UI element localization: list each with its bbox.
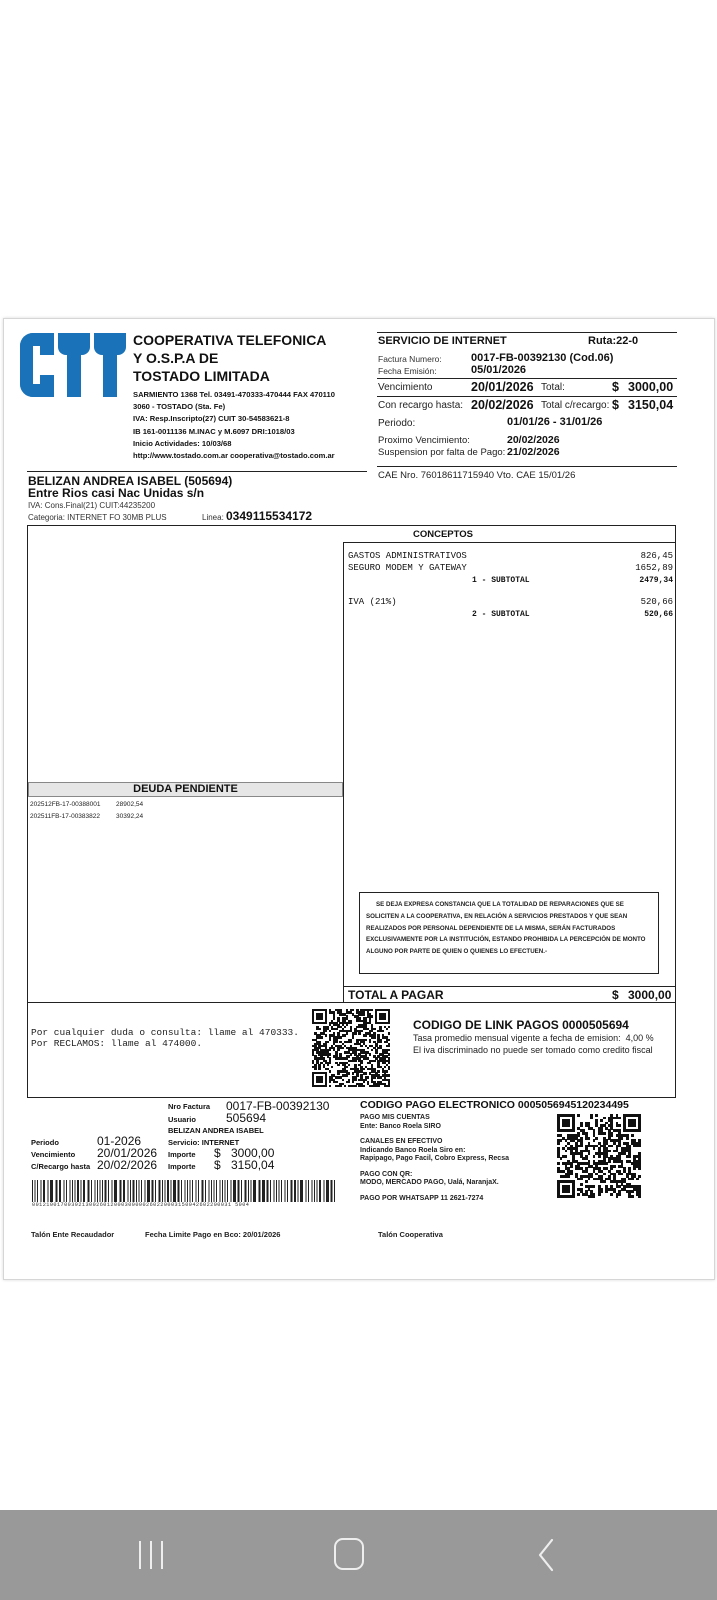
concepto-label: IVA (21%) bbox=[348, 597, 397, 609]
total-currency: $ bbox=[612, 380, 619, 394]
company-ib: IB 161-0011136 M.INAC y M.6097 DRI:1018/… bbox=[133, 426, 335, 438]
total-a-pagar-currency: $ bbox=[612, 988, 619, 1002]
repair-notice: SE DEJA EXPRESA CONSTANCIA QUE LA TOTALI… bbox=[359, 892, 659, 974]
proximo-label: Proximo Vencimiento: bbox=[378, 435, 470, 446]
concepto-value: 1652,89 bbox=[635, 563, 673, 575]
talon-recargo: 20/02/2026 bbox=[97, 1158, 157, 1172]
company-name: COOPERATIVA TELEFONICA Y O.S.P.A DE TOST… bbox=[133, 331, 326, 385]
efectivo-line: Indicando Banco Roela Siro en: bbox=[360, 1147, 509, 1156]
company-inicio: Inicio Actividades: 10/03/68 bbox=[133, 438, 335, 450]
qr-providers: MODO, MERCADO PAGO, Ualá, NaranjaX. bbox=[360, 1179, 509, 1188]
concepto-label: SEGURO MODEM Y GATEWAY bbox=[348, 563, 467, 575]
talon-name: BELIZAN ANDREA ISABEL bbox=[168, 1126, 264, 1135]
subtotal-label: 2 - SUBTOTAL bbox=[348, 609, 530, 621]
back-icon[interactable] bbox=[535, 1538, 557, 1572]
talon-importe-label: Importe bbox=[168, 1150, 196, 1159]
contact-info: Por cualquier duda o consulta: llame al … bbox=[31, 1027, 299, 1049]
deuda-list: 202512FB-17-0038800128902,54 202511FB-17… bbox=[30, 799, 143, 823]
concepto-value: 520,66 bbox=[641, 597, 673, 609]
notice-text: SE DEJA EXPRESA CONSTANCIA QUE LA TOTALI… bbox=[366, 901, 645, 955]
suspension-label: Suspension por falta de Pago: bbox=[378, 447, 505, 458]
concepto-row: SEGURO MODEM Y GATEWAY 1652,89 bbox=[348, 563, 673, 575]
talon-usuario: 505694 bbox=[226, 1111, 266, 1125]
deuda-amount: 28902,54 bbox=[116, 801, 143, 808]
talon-cooperativa-label: Talón Cooperativa bbox=[378, 1230, 443, 1239]
talon-nro-factura-label: Nro Factura bbox=[168, 1102, 210, 1111]
efectivo-channels: Rapipago, Pago Facil, Cobro Express, Rec… bbox=[360, 1155, 509, 1164]
company-iva: IVA: Resp.Inscripto(27) CUIT 30-54583621… bbox=[133, 413, 335, 425]
whatsapp-payment[interactable]: PAGO POR WHATSAPP 11 2621-7274 bbox=[360, 1195, 509, 1204]
talon-importe2: 3150,04 bbox=[231, 1158, 274, 1172]
deuda-ref: 202511FB-17-00383822 bbox=[30, 811, 116, 823]
tasa-value: 4,00 % bbox=[626, 1033, 654, 1043]
factura-number: 0017-FB-00392130 (Cod.06) bbox=[471, 352, 613, 364]
recent-apps-icon[interactable] bbox=[136, 1539, 166, 1571]
talon-importe2-currency: $ bbox=[214, 1158, 221, 1172]
customer-iva: IVA: Cons.Final(21) CUIT:44235200 bbox=[28, 501, 155, 510]
company-logo bbox=[20, 333, 120, 397]
iva-note: El iva discriminado no puede ser tomado … bbox=[413, 1045, 653, 1055]
linea-number: 0349115534172 bbox=[226, 509, 312, 523]
total-a-pagar-amount: 3000,00 bbox=[628, 988, 671, 1002]
concepto-label: GASTOS ADMINISTRATIVOS bbox=[348, 551, 467, 563]
total-recargo-amount: 3150,04 bbox=[628, 398, 673, 412]
codigo-pago-electronico: CODIGO PAGO ELECTRONICO 0005056945120234… bbox=[360, 1099, 629, 1111]
efectivo-title: CANALES EN EFECTIVO bbox=[360, 1138, 509, 1147]
home-icon[interactable] bbox=[334, 1538, 364, 1570]
total-recargo-currency: $ bbox=[612, 398, 619, 412]
service-title: SERVICIO DE INTERNET bbox=[378, 335, 507, 347]
customer-categoria: Categoria: INTERNET FO 30MB PLUS bbox=[28, 513, 167, 522]
subtotal-row: 1 - SUBTOTAL 2479,34 bbox=[348, 575, 673, 587]
talon-recargo-label: C/Recargo hasta bbox=[31, 1162, 90, 1171]
deuda-row: 202512FB-17-0038800128902,54 bbox=[30, 799, 143, 811]
deuda-row: 202511FB-17-0038382230392,24 bbox=[30, 811, 143, 823]
deuda-ref: 202512FB-17-00388001 bbox=[30, 799, 116, 811]
tasa-info: Tasa promedio mensual vigente a fecha de… bbox=[413, 1033, 654, 1043]
concepto-row: GASTOS ADMINISTRATIVOS 826,45 bbox=[348, 551, 673, 563]
barcode-number: 0012100170039213002601200030000026022000… bbox=[32, 1202, 338, 1208]
company-web-email[interactable]: http://www.tostado.com.ar cooperativa@to… bbox=[133, 450, 335, 462]
fecha-limite: Fecha Limite Pago en Bco: 20/01/2026 bbox=[145, 1230, 280, 1239]
company-name-line: Y O.S.P.A DE bbox=[133, 349, 326, 367]
emision-date: 05/01/2026 bbox=[471, 364, 526, 376]
suspension-date: 21/02/2026 bbox=[507, 446, 560, 458]
concepto-value: 826,45 bbox=[641, 551, 673, 563]
company-address: SARMIENTO 1368 Tel. 03491-470333-470444 … bbox=[133, 389, 335, 401]
concepto-row: IVA (21%) 520,66 bbox=[348, 597, 673, 609]
talon-usuario-label: Usuario bbox=[168, 1115, 196, 1124]
link-pagos-code: CODIGO DE LINK PAGOS 0000505694 bbox=[413, 1018, 629, 1032]
cae-info: CAE Nro. 76018611715940 Vto. CAE 15/01/2… bbox=[378, 470, 575, 481]
conceptos-title: CONCEPTOS bbox=[343, 529, 543, 540]
company-name-line: COOPERATIVA TELEFONICA bbox=[133, 331, 326, 349]
company-details: SARMIENTO 1368 Tel. 03491-470333-470444 … bbox=[133, 389, 335, 462]
navigation-bar bbox=[0, 1510, 717, 1600]
total-recargo-label: Total c/recargo: bbox=[541, 400, 609, 411]
payment-channels: PAGO MIS CUENTAS Ente: Banco Roela SIRO … bbox=[360, 1114, 509, 1203]
talon-servicio: Servicio: INTERNET bbox=[168, 1138, 239, 1147]
talon-ente-label: Talón Ente Recaudador bbox=[31, 1230, 114, 1239]
pmc-title: PAGO MIS CUENTAS bbox=[360, 1114, 509, 1123]
reclamos-line: Por RECLAMOS: llame al 474000. bbox=[31, 1038, 299, 1049]
talon-importe2-label: Importe bbox=[168, 1162, 196, 1171]
customer-address: Entre Rios casi Nac Unidas s/n bbox=[28, 486, 204, 500]
qr-title: PAGO CON QR: bbox=[360, 1171, 509, 1180]
tasa-label: Tasa promedio mensual vigente a fecha de… bbox=[413, 1033, 621, 1043]
total-label: Total: bbox=[541, 382, 565, 393]
talon-vencimiento-label: Vencimiento bbox=[31, 1150, 75, 1159]
pmc-line: Ente: Banco Roela SIRO bbox=[360, 1123, 509, 1132]
periodo-range: 01/01/26 - 31/01/26 bbox=[507, 416, 602, 428]
subtotal-value: 2479,34 bbox=[639, 575, 673, 587]
ruta: Ruta:22-0 bbox=[588, 335, 638, 347]
proximo-date: 20/02/2026 bbox=[507, 434, 560, 446]
vencimiento-label: Vencimiento bbox=[378, 382, 432, 393]
subtotal-row: 2 - SUBTOTAL 520,66 bbox=[348, 609, 673, 621]
factura-label: Factura Numero: bbox=[378, 354, 442, 364]
link-pagos-qr-code bbox=[312, 1009, 390, 1087]
total-a-pagar-label: TOTAL A PAGAR bbox=[348, 988, 444, 1002]
linea-label: Linea: bbox=[202, 513, 224, 522]
talon-periodo-label: Periodo bbox=[31, 1138, 59, 1147]
payment-qr-code bbox=[557, 1114, 641, 1198]
conceptos-list: GASTOS ADMINISTRATIVOS 826,45 SEGURO MOD… bbox=[348, 551, 673, 621]
deuda-title: DEUDA PENDIENTE bbox=[28, 782, 343, 797]
deuda-amount: 30392,24 bbox=[116, 813, 143, 820]
periodo-label: Periodo: bbox=[378, 418, 415, 429]
payment-barcode bbox=[32, 1180, 338, 1202]
subtotal-label: 1 - SUBTOTAL bbox=[348, 575, 530, 587]
emision-label: Fecha Emisión: bbox=[378, 366, 437, 376]
contact-line: Por cualquier duda o consulta: llame al … bbox=[31, 1027, 299, 1038]
company-city: 3060 - TOSTADO (Sta. Fe) bbox=[133, 401, 335, 413]
subtotal-value: 520,66 bbox=[644, 609, 673, 621]
total-amount: 3000,00 bbox=[628, 380, 673, 394]
vencimiento-date: 20/01/2026 bbox=[471, 380, 534, 394]
recargo-label: Con recargo hasta: bbox=[378, 400, 463, 411]
company-name-line: TOSTADO LIMITADA bbox=[133, 367, 326, 385]
recargo-date: 20/02/2026 bbox=[471, 398, 534, 412]
